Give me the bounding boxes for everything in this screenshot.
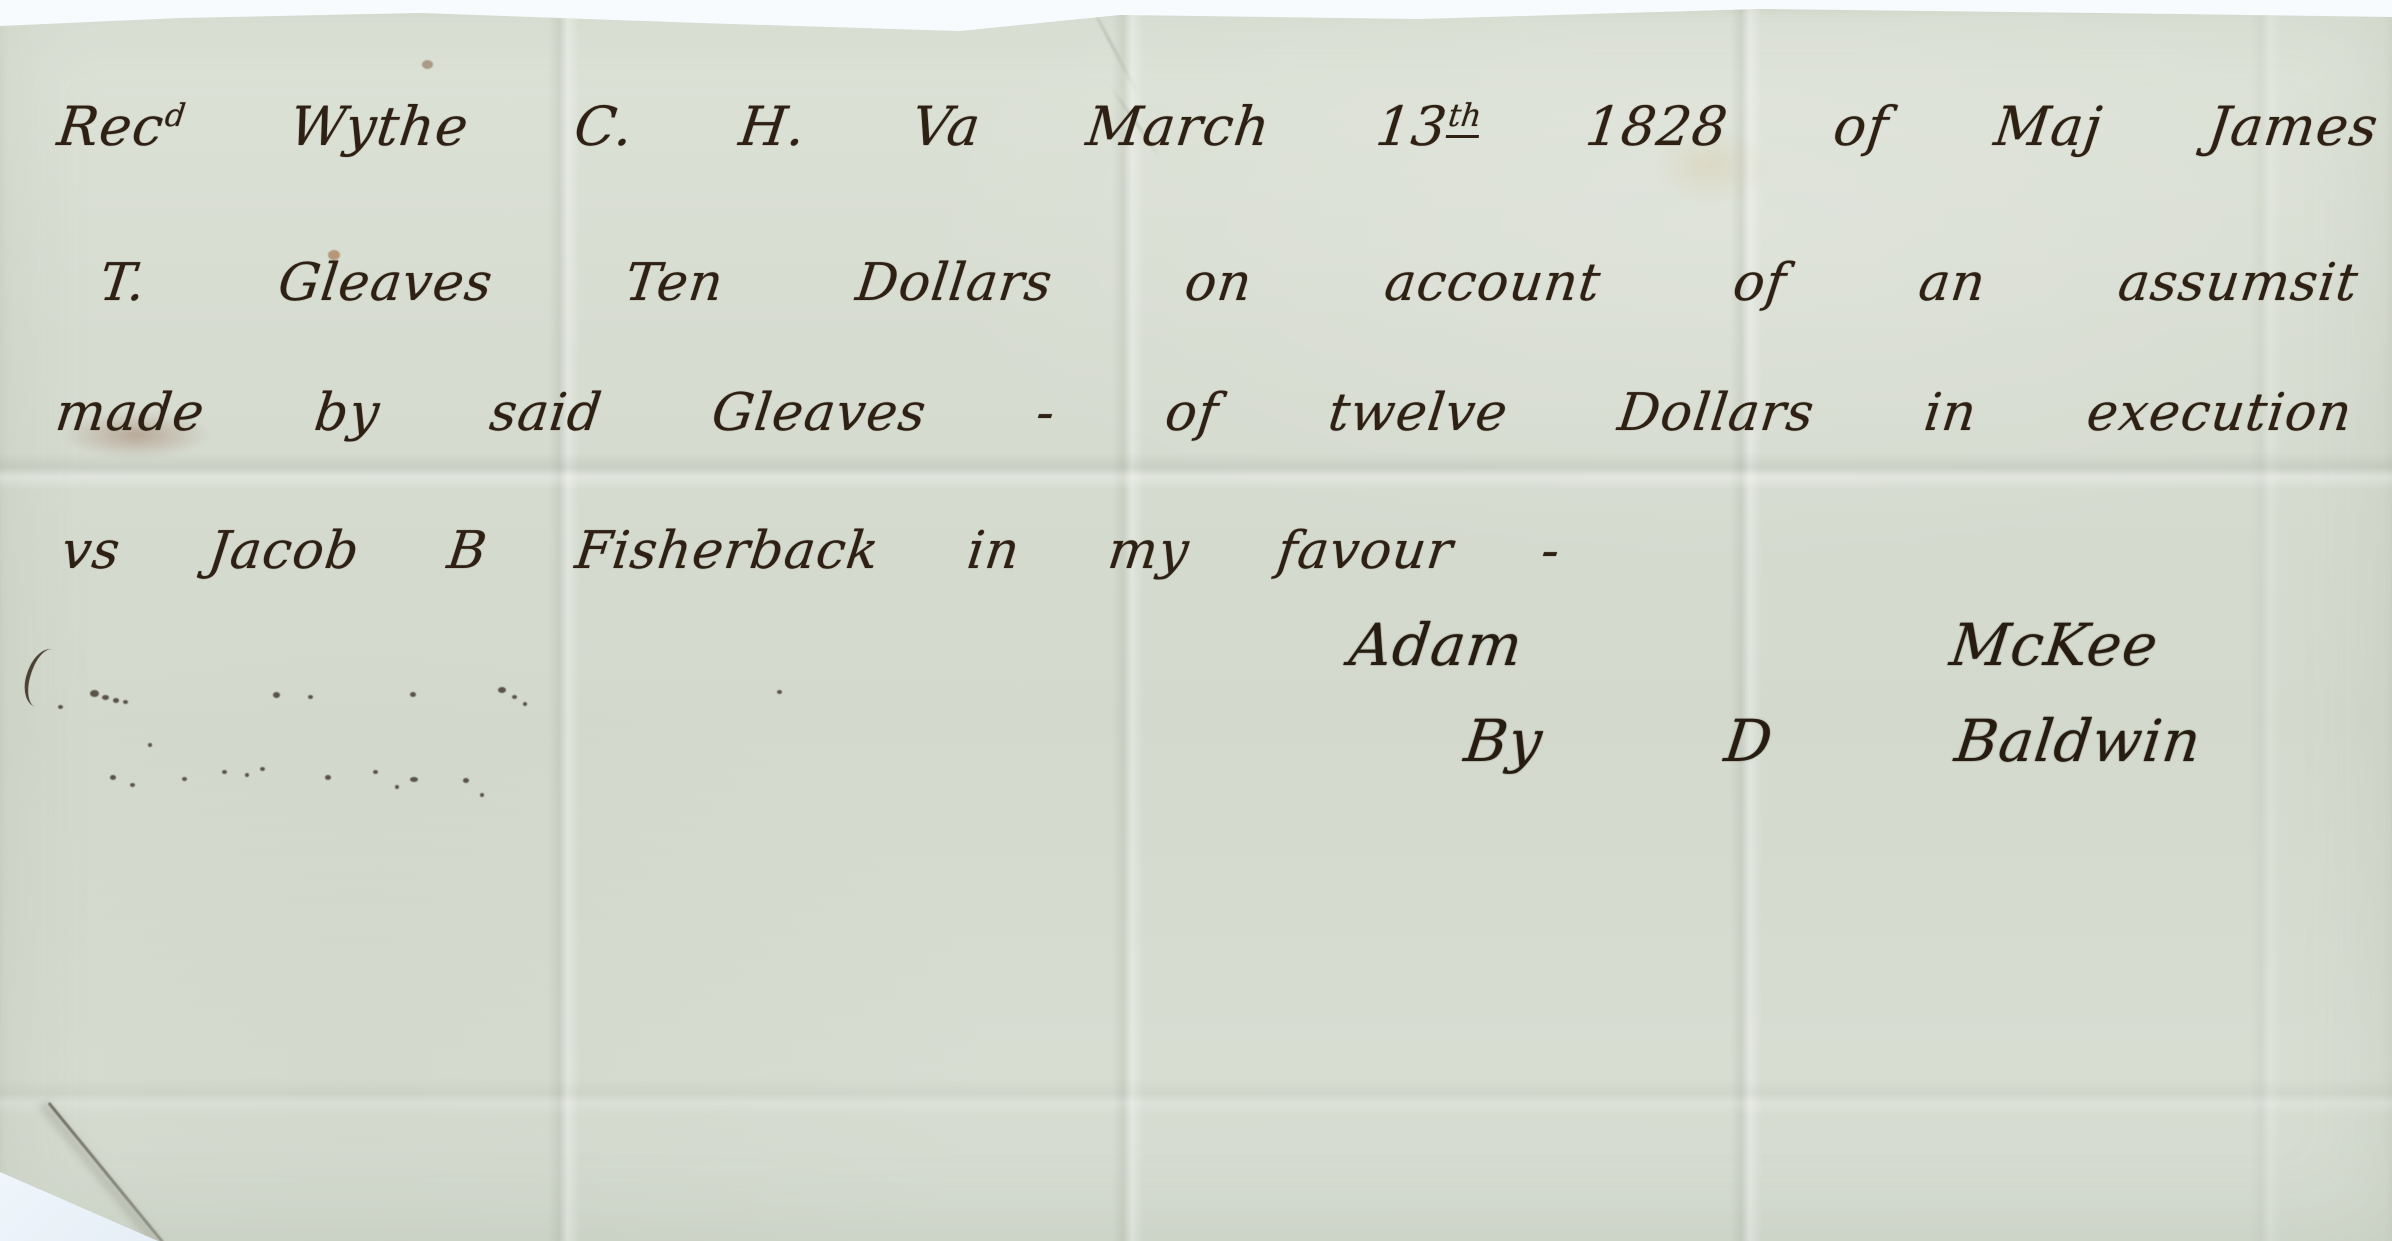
- ink-speck: [182, 777, 187, 781]
- vertical-fold-crease-2: [1112, 0, 1144, 1241]
- horizontal-fold-crease-2: [0, 1078, 2392, 1116]
- line1-middle: Wythe C. H. Va March 13: [180, 95, 1451, 158]
- ink-speck: [148, 743, 152, 747]
- vertical-fold-crease-1: [548, 0, 580, 1241]
- ink-speck: [512, 695, 517, 699]
- ink-speck: [90, 690, 99, 697]
- ink-speck: [410, 777, 418, 782]
- scanned-receipt: Recd Wythe C. H. Va March 13th 1828 of M…: [0, 0, 2392, 1241]
- superscript-th: th: [1446, 98, 1484, 138]
- ink-speck: [58, 705, 63, 709]
- ink-speck: [273, 692, 280, 698]
- ink-speck: [123, 700, 128, 704]
- ink-speck: [463, 778, 469, 783]
- ink-speck: [498, 687, 506, 693]
- ink-speck: [110, 775, 116, 780]
- ink-speck: [222, 770, 227, 774]
- paper-wrinkle: [1081, 0, 1140, 95]
- line1-end: 1828 of Maj James: [1476, 95, 2382, 158]
- paper-sheet: Recd Wythe C. H. Va March 13th 1828 of M…: [0, 0, 2392, 1241]
- vertical-fold-crease-4: [2250, 0, 2282, 1241]
- ink-speck: [373, 770, 378, 774]
- handwriting-line-4: vs Jacob B Fisherback in my favour -: [58, 522, 1563, 582]
- ink-speck: [523, 702, 527, 706]
- horizontal-fold-crease-1: [0, 452, 2392, 490]
- signature-name: Adam McKee: [1346, 612, 2162, 679]
- stray-pen-mark: [20, 645, 85, 716]
- ink-speck: [130, 783, 135, 787]
- ink-speck: [777, 690, 782, 694]
- ink-speck: [245, 773, 249, 777]
- handwriting-line-1: Recd Wythe C. H. Va March 13th 1828 of M…: [54, 96, 2382, 158]
- signature-by-line: By D Baldwin: [1461, 708, 2205, 775]
- rust-spot: [422, 60, 433, 69]
- ink-speck: [480, 793, 484, 797]
- ink-speck: [113, 698, 119, 703]
- ink-speck: [325, 775, 331, 780]
- ink-speck: [260, 767, 265, 771]
- ink-speck: [102, 695, 109, 700]
- word-recd: Rec: [54, 95, 168, 158]
- ink-speck: [395, 785, 399, 789]
- ink-speck: [308, 695, 313, 699]
- ink-speck: [410, 692, 416, 697]
- handwriting-line-3: made by said Gleaves - of twelve Dollars…: [52, 384, 2355, 444]
- handwriting-line-2: T. Gleaves Ten Dollars on account of an …: [96, 254, 2361, 314]
